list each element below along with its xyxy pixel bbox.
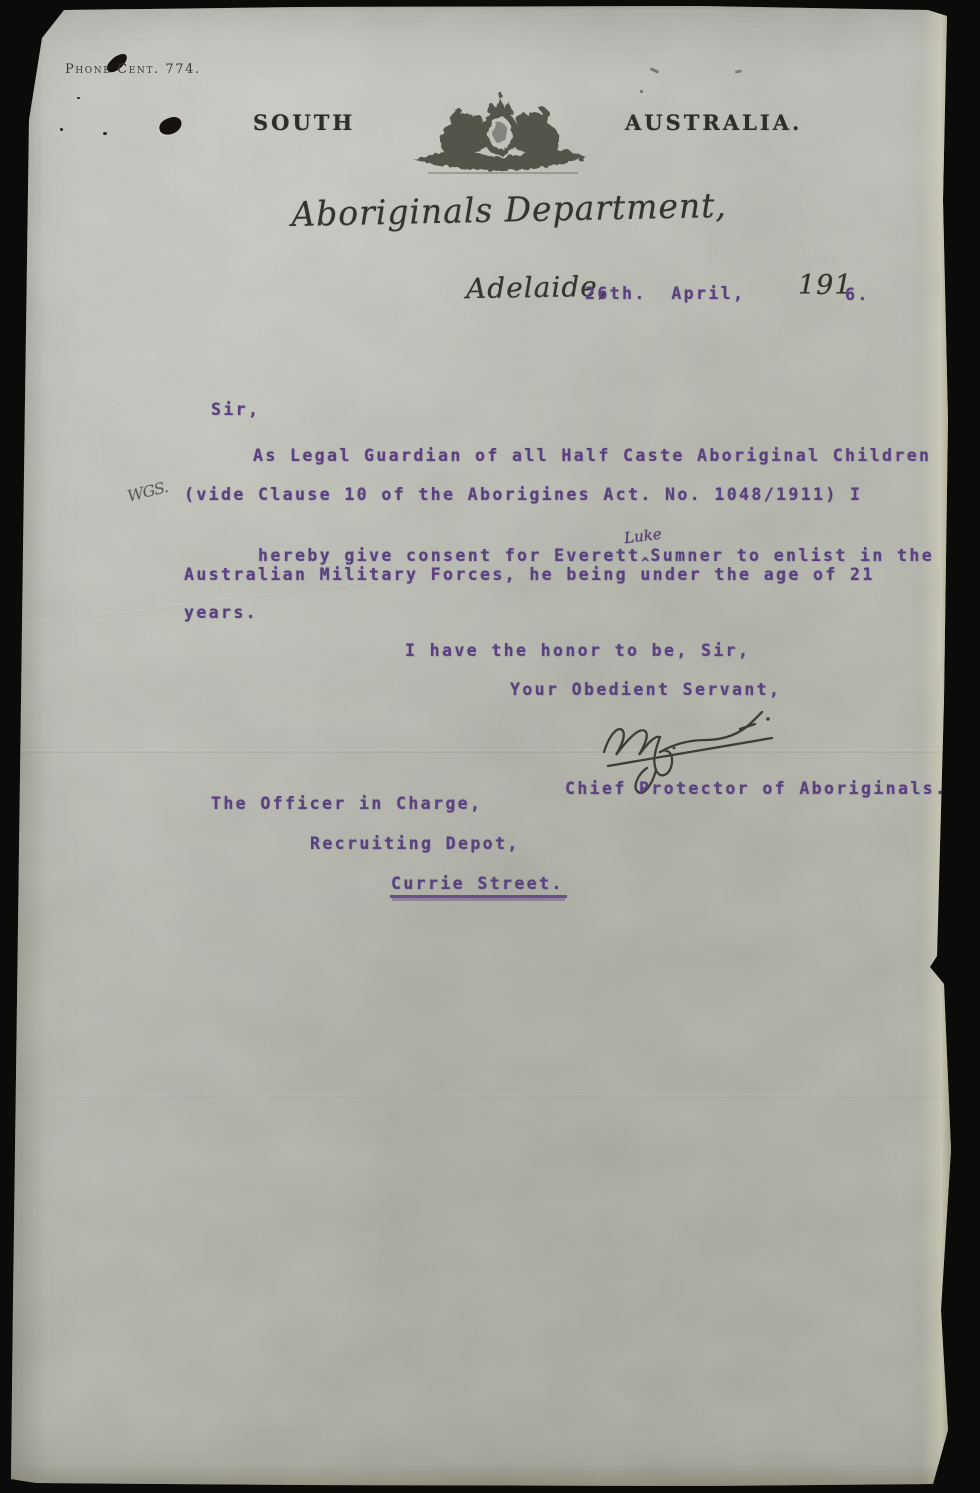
recipient-street-line: Currie Street.	[390, 874, 567, 893]
paper-edge-right	[922, 0, 952, 1493]
paper-edge-top	[0, 0, 980, 10]
ink-speck	[77, 97, 80, 99]
paper-sheet: Phone Cent. 774. SOUTH AUSTRALIA. Aborig…	[0, 0, 980, 1493]
recipient-line: Recruiting Depot,	[310, 834, 520, 853]
phone-number-line: Phone Cent. 774.	[65, 62, 201, 77]
ink-speck	[103, 132, 107, 135]
body-line: As Legal Guardian of all Half Caste Abor…	[253, 446, 931, 465]
ink-speck	[60, 128, 63, 131]
fold-crease	[0, 1094, 980, 1098]
handwritten-insertion: Luke	[623, 525, 663, 547]
department-name-script: Aboriginals Department,	[291, 186, 727, 235]
body-line-post: Sumner to enlist in the	[650, 546, 934, 565]
typed-date: 26th. April,	[585, 284, 745, 303]
signatory-title: Chief Protector of Aboriginals.	[565, 779, 947, 798]
recipient-street-underlined: Currie Street.	[390, 874, 567, 898]
insertion-mark: ^Luke	[640, 546, 650, 565]
ink-speck	[640, 90, 643, 93]
margin-initials-annotation: WGS.	[125, 477, 169, 505]
letterhead-australia: AUSTRALIA.	[625, 110, 802, 135]
scanned-letter-page: Phone Cent. 774. SOUTH AUSTRALIA. Aborig…	[0, 0, 980, 1493]
body-line: (vide Clause 10 of the Aborigines Act. N…	[184, 485, 862, 504]
closing-honor-line: I have the honor to be, Sir,	[405, 641, 750, 660]
salutation: Sir,	[211, 400, 260, 419]
body-line-pre: hereby give consent for Everett	[258, 546, 640, 565]
typed-year-digit: 6.	[845, 285, 870, 304]
paper-edge-bottom	[0, 1464, 980, 1488]
ink-speck	[650, 67, 659, 74]
pin-hole	[157, 115, 184, 137]
letterhead-rule	[428, 172, 578, 174]
ink-speck	[735, 69, 742, 73]
body-line: Australian Military Forces, he being und…	[184, 565, 875, 584]
royal-coat-of-arms-icon	[408, 88, 592, 178]
body-line: years.	[184, 603, 258, 622]
letterhead-south: SOUTH	[253, 110, 355, 135]
paper-edge-left	[0, 0, 46, 1493]
recipient-line: The Officer in Charge,	[211, 794, 482, 813]
fold-crease	[0, 749, 980, 753]
closing-servant-line: Your Obedient Servant,	[510, 680, 781, 699]
